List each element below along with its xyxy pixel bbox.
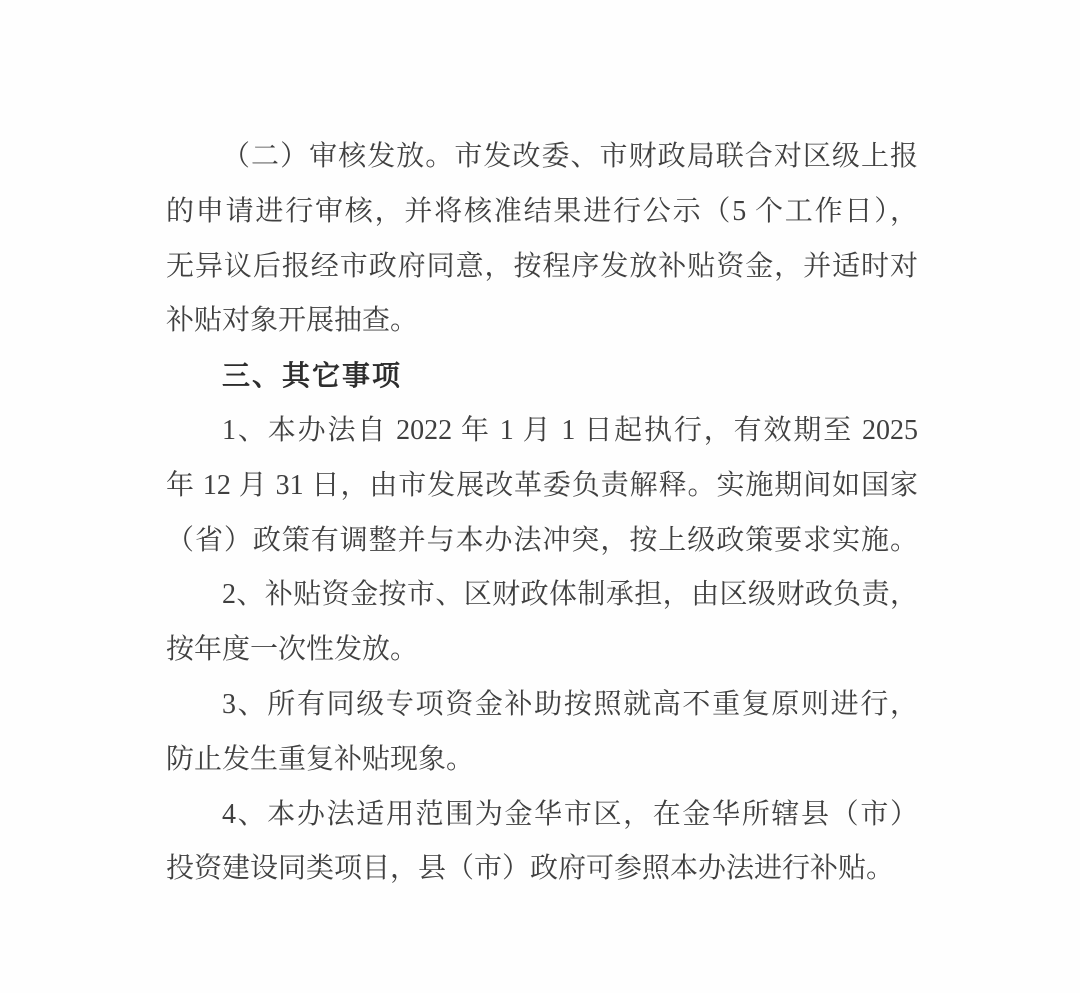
text-line: 的申请进行审核，并将核准结果进行公示（5 个工作日）， <box>166 185 918 240</box>
document-body: （二）审核发放。市发改委、市财政局联合对区级上报的申请进行审核，并将核准结果进行… <box>166 130 918 897</box>
text-line: 投资建设同类项目，县（市）政府可参照本办法进行补贴。 <box>166 842 918 897</box>
text-line: 2、补贴资金按市、区财政体制承担，由区级财政负责， <box>166 568 918 623</box>
text-line: （省）政策有调整并与本办法冲突，按上级政策要求实施。 <box>166 514 918 569</box>
text-line: 防止发生重复补贴现象。 <box>166 733 918 788</box>
text-line: 按年度一次性发放。 <box>166 623 918 678</box>
text-line: 1、本办法自 2022 年 1 月 1 日起执行，有效期至 2025 <box>166 404 918 459</box>
section-heading: 三、其它事项 <box>166 349 918 404</box>
text-line: 4、本办法适用范围为金华市区，在金华所辖县（市） <box>166 788 918 843</box>
text-line: 补贴对象开展抽查。 <box>166 294 918 349</box>
text-line: 年 12 月 31 日，由市发展改革委负责解释。实施期间如国家 <box>166 459 918 514</box>
scanned-document-page: （二）审核发放。市发改委、市财政局联合对区级上报的申请进行审核，并将核准结果进行… <box>0 0 1080 993</box>
text-line: 3、所有同级专项资金补助按照就高不重复原则进行， <box>166 678 918 733</box>
text-line: （二）审核发放。市发改委、市财政局联合对区级上报 <box>166 130 918 185</box>
text-line: 无异议后报经市政府同意，按程序发放补贴资金，并适时对 <box>166 240 918 295</box>
